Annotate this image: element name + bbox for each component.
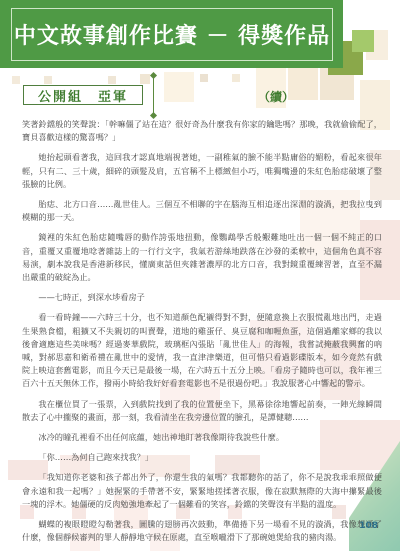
page-number: 108 <box>359 521 378 531</box>
header-banner: 中文故事創作比賽 － 得獎作品 <box>0 0 343 68</box>
paragraph: 我在櫃位買了一張票，入到戲院找到了我的位置便坐下，黑幕徐徐地響起前奏，一陣光線瞬… <box>22 398 382 424</box>
paragraph: 蝴蝶的複眼瞪瞪勾勒著我，圖騰的翅膀再次鼓動，準備捲下另一場看不見的漩渦，我像想通… <box>22 518 382 544</box>
paragraph: 冰冷的瞳孔裡看不出任何底蘊，她出神地盯著我像期待我說些什麼。 <box>22 431 382 444</box>
paragraph: 「你……為何自己跑來找我？」 <box>22 451 382 464</box>
story-body: 笑著鈴鐺般的笑聲說：「幹嘛僵了站在這？很好奇為什麼我有你家的鑰匙嗎？那晚，我就偷… <box>22 118 382 551</box>
category-label: 公開組 亞軍 <box>23 85 143 105</box>
paragraph: ——七時正，到深水埗看房子 <box>22 291 382 304</box>
paragraph: 鏡裡的朱紅色胎痣隨嘴唇的動作誇張地扭動，像鸚鵡學舌般艱難地吐出一個一個不純正的口… <box>22 231 382 284</box>
header-frame: 中文故事創作比賽 － 得獎作品 <box>11 8 333 61</box>
paragraph: 笑著鈴鐺般的笑聲說：「幹嘛僵了站在這？很好奇為什麼我有你家的鑰匙嗎？那晚，我就偷… <box>22 118 382 144</box>
continued-mark: （續） <box>258 88 294 105</box>
paragraph: 她抬起頭看著我，這回我才認真地端視著她，一副稚氣的臉不能半點庸俗的媚粉，看起來很… <box>22 151 382 191</box>
page-title: 中文故事創作比賽 － 得獎作品 <box>14 19 330 50</box>
paragraph: 「我知道你老婆和孩子都出外了，你還生我的氣嗎？我都聽你的話了，你不是說我乖乖照做… <box>22 471 382 511</box>
paragraph: 看一看時鐘——六時三十分，也不知道顏色配襯得對不對，便隨意換上衣服慌亂地出門，走… <box>22 311 382 390</box>
divider-line <box>153 75 154 115</box>
decorative-square-light <box>352 30 374 52</box>
paragraph: 胎痣、北方口音……亂世佳人。三個互不相聯的字在腦海互相追逐出深淵的漩渦，把我拉曳… <box>22 198 382 224</box>
